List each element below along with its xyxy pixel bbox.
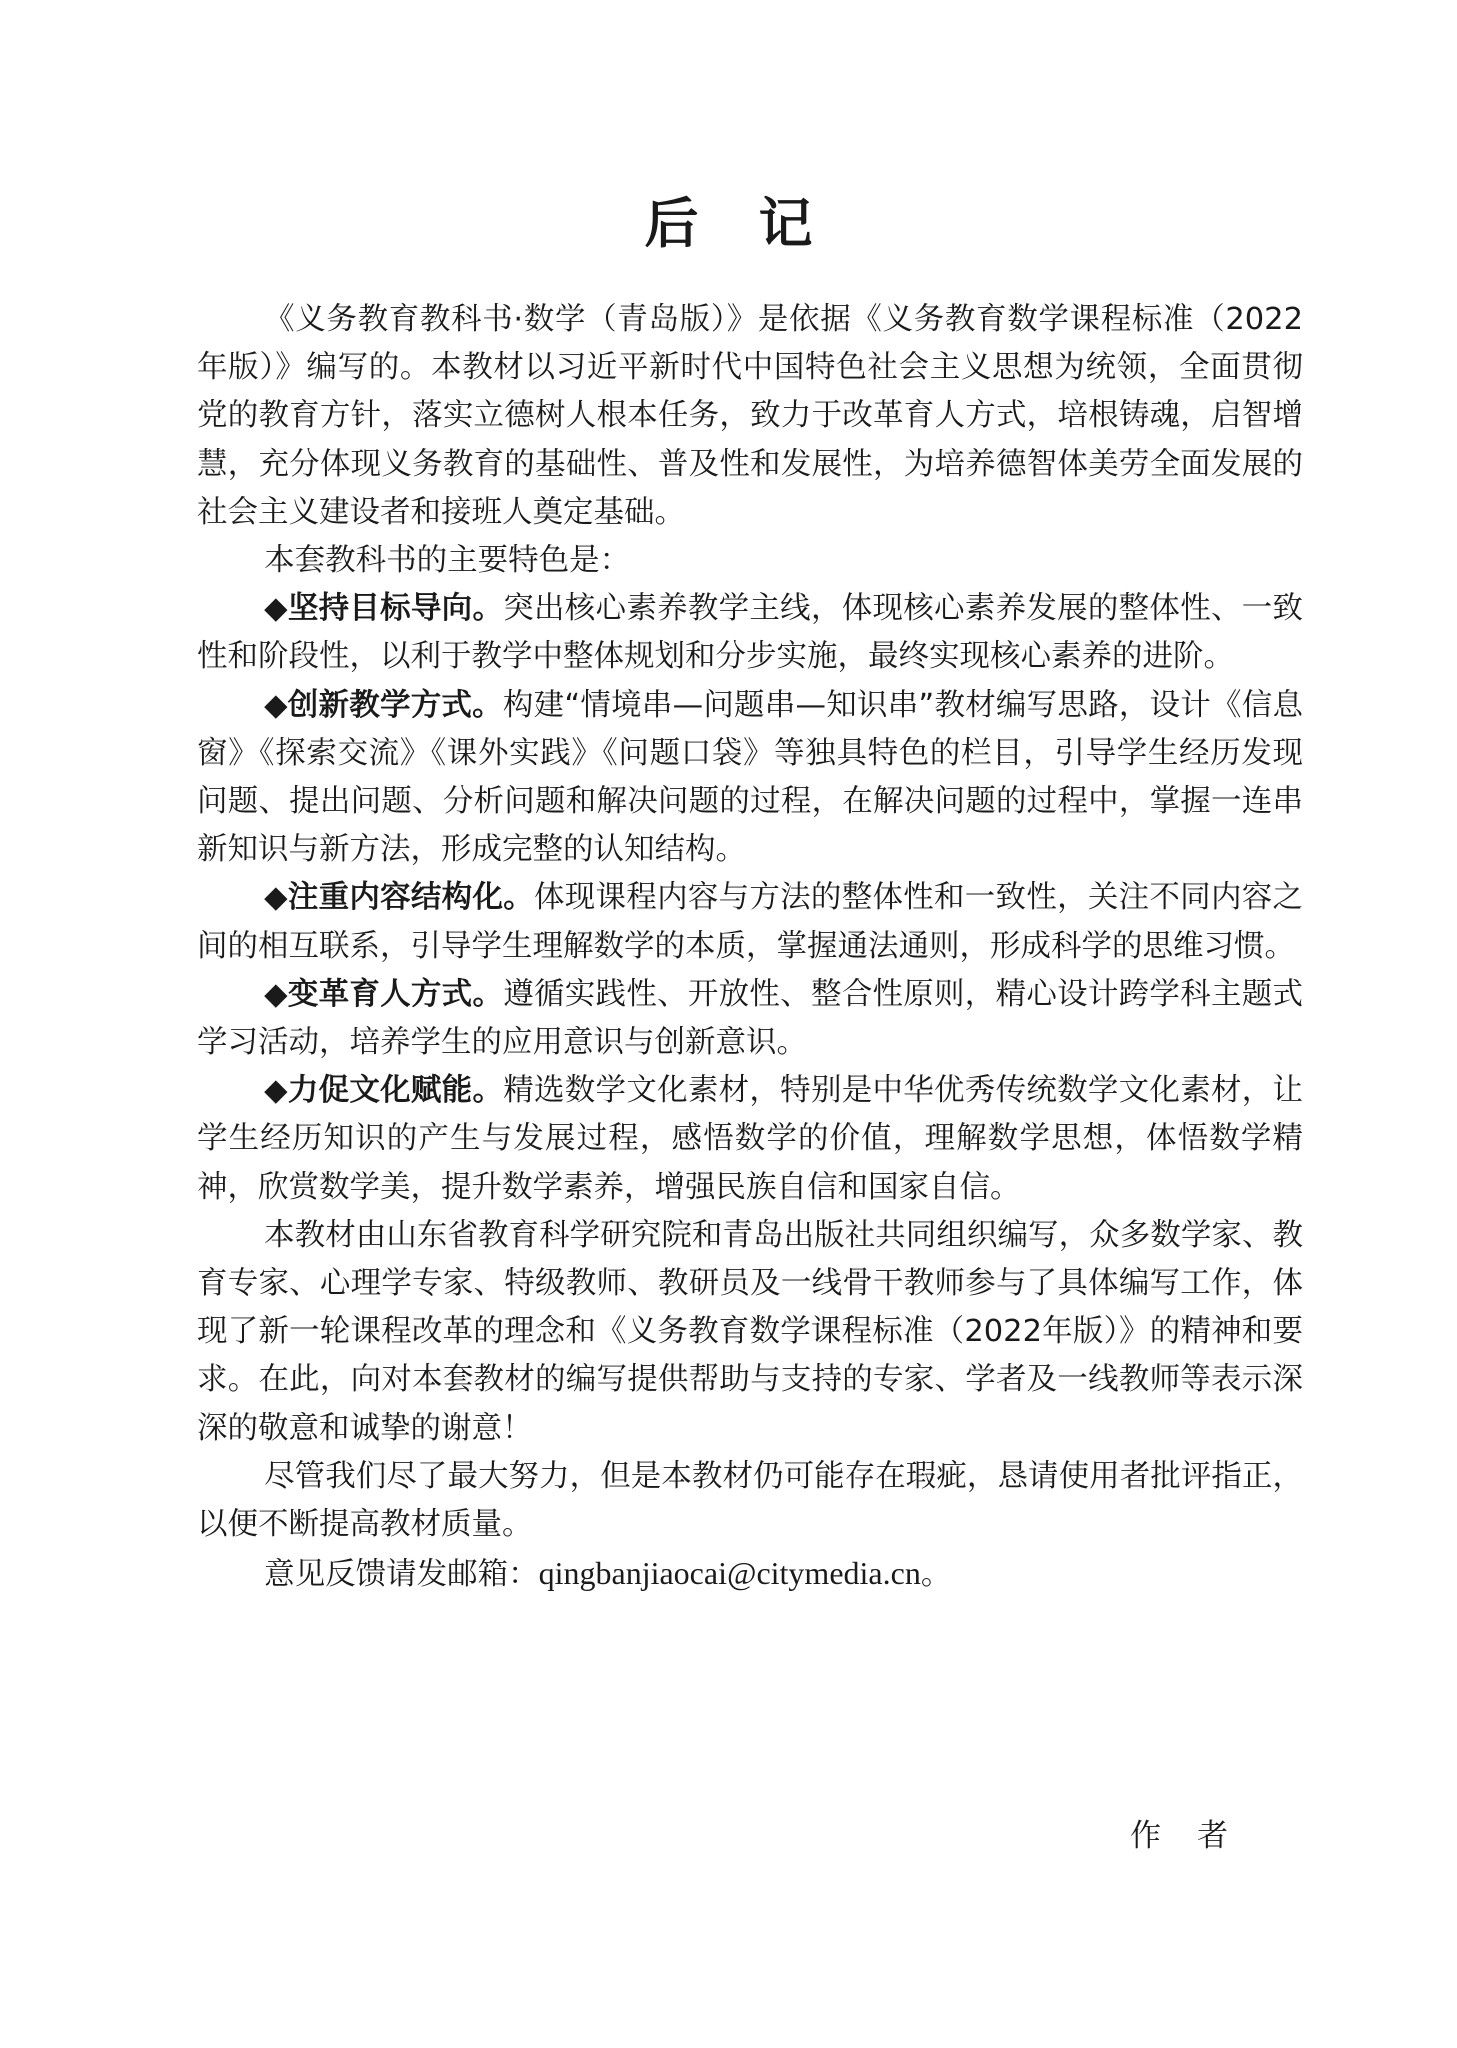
feature-item: ◆坚持目标导向。突出核心素养教学主线，体现核心素养发展的整体性、一致性和阶段性，… [197,585,1303,681]
feature-heading: 变革育人方式。 [288,977,503,1012]
signature-char-2: 者 [1197,1818,1228,1854]
acknowledgement-paragraph: 本教材由山东省教育科学研究院和青岛出版社共同组织编写，众多数学家、教育专家、心理… [197,1212,1303,1453]
intro-paragraph: 《义务教育教科书·数学（青岛版）》是依据《义务教育数学课程标准（2022年版）》… [197,296,1303,537]
title-char-2: 记 [759,188,813,260]
feature-item: ◆创新教学方式。构建“情境串—问题串—知识串”教材编写思路，设计《信息窗》《探索… [197,682,1303,875]
feedback-label: 意见反馈请发邮箱： [264,1557,539,1592]
feature-heading: 坚持目标导向。 [288,591,503,626]
signature-char-1: 作 [1130,1818,1161,1854]
afterword-page: 后记 《义务教育教科书·数学（青岛版）》是依据《义务教育数学课程标准（2022年… [0,0,1457,2048]
diamond-bullet-icon: ◆ [264,688,288,723]
feature-item: ◆力促文化赋能。精选数学文化素材，特别是中华优秀传统数学文化素材，让学生经历知识… [197,1067,1303,1212]
feedback-email-link[interactable]: qingbanjiaocai@citymedia.cn [539,1555,921,1591]
feature-heading: 创新教学方式。 [288,688,503,723]
apology-paragraph: 尽管我们尽了最大努力，但是本教材仍可能存在瑕疵，恳请使用者批评指正，以便不断提高… [197,1453,1303,1549]
diamond-bullet-icon: ◆ [264,977,288,1012]
feature-item: ◆变革育人方式。遵循实践性、开放性、整合性原则，精心设计跨学科主题式学习活动，培… [197,971,1303,1067]
diamond-bullet-icon: ◆ [264,591,288,626]
feedback-line: 意见反馈请发邮箱：qingbanjiaocai@citymedia.cn。 [197,1549,1303,1599]
afterword-body: 《义务教育教科书·数学（青岛版）》是依据《义务教育数学课程标准（2022年版）》… [197,296,1303,1599]
feature-heading: 力促文化赋能。 [288,1073,503,1108]
page-title: 后记 [0,188,1457,260]
author-signature: 作者 [1130,1810,1228,1855]
feature-item: ◆注重内容结构化。体现课程内容与方法的整体性和一致性，关注不同内容之间的相互联系… [197,874,1303,970]
title-char-1: 后 [645,188,699,260]
feature-heading: 注重内容结构化。 [288,880,534,915]
features-lead: 本套教科书的主要特色是： [197,537,1303,585]
feedback-end: 。 [921,1557,952,1592]
diamond-bullet-icon: ◆ [264,880,288,915]
diamond-bullet-icon: ◆ [264,1073,288,1108]
